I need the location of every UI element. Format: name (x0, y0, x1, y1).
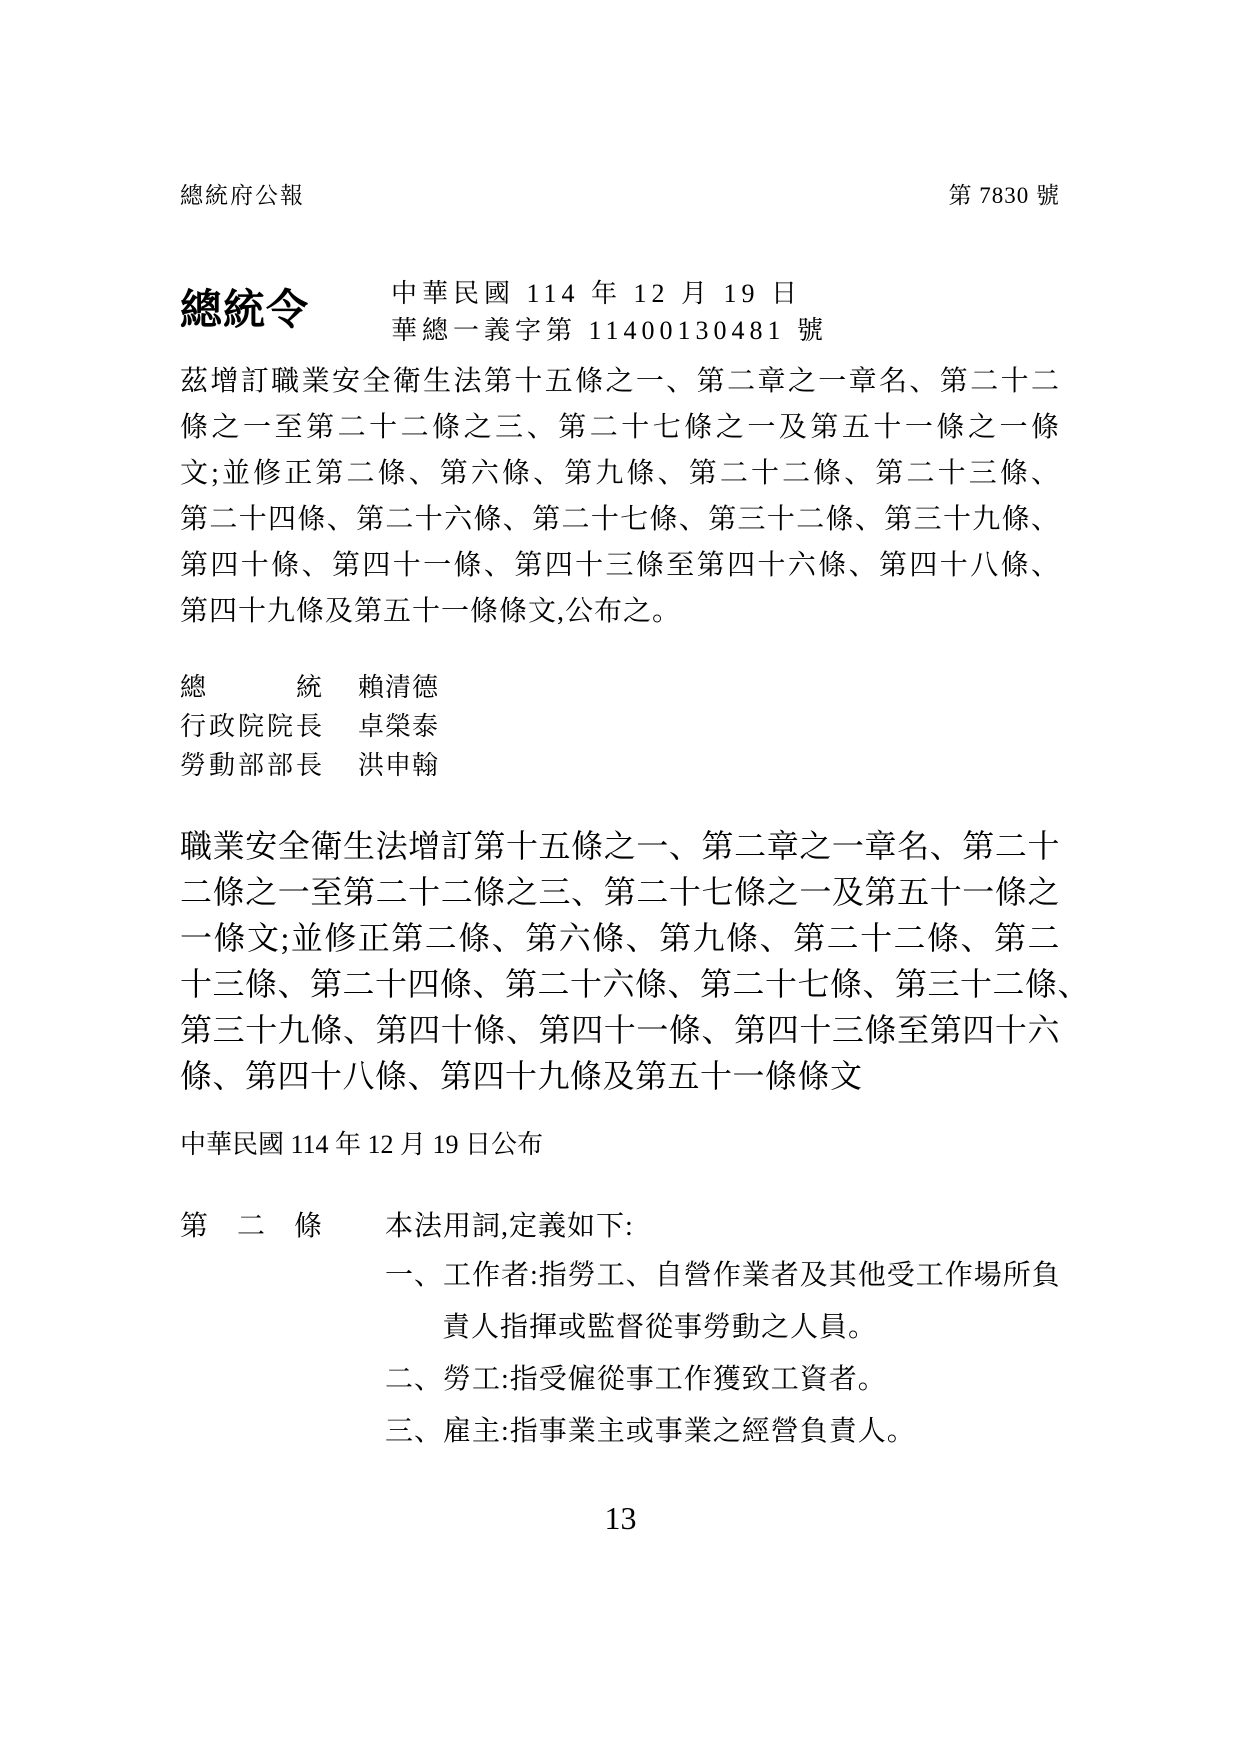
signatory-name: 賴清德 (358, 668, 439, 707)
publication-title: 總統府公報 (180, 183, 305, 209)
amendment-title-line: 條、第四十八條、第四十九條及第五十一條條文 (180, 1053, 1060, 1099)
article-label: 第二條 (180, 1207, 322, 1247)
signatory-name: 卓榮泰 (358, 707, 439, 746)
decree-head: 中華民國 114 年 12 月 19 日 華總一義字第 11400130481 … (391, 275, 828, 349)
amendment-title-line: 一條文;並修正第二條、第六條、第九條、第二十二條、第二 (180, 915, 1060, 961)
article-item-line: 三、雇主:指事業主或事業之經營負責人。 (385, 1406, 1060, 1458)
decree-body-line: 第四十九條及第五十一條條文,公布之。 (180, 589, 1060, 635)
page-number: 13 (0, 1498, 1241, 1538)
signatory-row: 總統 賴清德 (180, 668, 439, 707)
signatory-title: 行政院院長 (180, 707, 322, 746)
signatory-row: 勞動部部長 洪申翰 (180, 746, 439, 785)
article-heading: 第二條 本法用詞,定義如下: (180, 1207, 634, 1247)
article-items: 一、工作者:指勞工、自營作業者及其他受工作場所負 責人指揮或監督從事勞動之人員。… (385, 1250, 1060, 1458)
article-label-char: 條 (294, 1207, 322, 1247)
signatory-title: 總統 (180, 668, 322, 707)
signatory-title-char: 總 (180, 668, 206, 707)
signatory-title: 勞動部部長 (180, 746, 322, 785)
signatory-row: 行政院院長 卓榮泰 (180, 707, 439, 746)
decree-body-line: 第二十四條、第二十六條、第二十七條、第三十二條、第三十九條、 (180, 497, 1060, 543)
signatories: 總統 賴清德 行政院院長 卓榮泰 勞動部部長 洪申翰 (180, 668, 439, 785)
decree-body: 茲增訂職業安全衛生法第十五條之一、第二章之一章名、第二十二 條之一至第二十二條之… (180, 359, 1060, 635)
amendment-title: 職業安全衛生法增訂第十五條之一、第二章之一章名、第二十 二條之一至第二十二條之三… (180, 823, 1060, 1099)
amendment-title-line: 第三十九條、第四十條、第四十一條、第四十三條至第四十六 (180, 1007, 1060, 1053)
decree-body-line: 文;並修正第二條、第六條、第九條、第二十二條、第二十三條、 (180, 451, 1060, 497)
publish-date: 中華民國 114 年 12 月 19 日公布 (180, 1126, 543, 1163)
article-item-line: 一、工作者:指勞工、自營作業者及其他受工作場所負 (385, 1250, 1060, 1302)
article-statement: 本法用詞,定義如下: (385, 1207, 634, 1247)
decree-body-line: 條之一至第二十二條之三、第二十七條之一及第五十一條之一條 (180, 405, 1060, 451)
decree-body-line: 茲增訂職業安全衛生法第十五條之一、第二章之一章名、第二十二 (180, 359, 1060, 405)
gazette-page: 總統府公報 第 7830 號 總統令 中華民國 114 年 12 月 19 日 … (0, 0, 1241, 1754)
article-item-continuation: 責人指揮或監督從事勞動之人員。 (385, 1302, 1060, 1354)
amendment-title-line: 十三條、第二十四條、第二十六條、第二十七條、第三十二條、 (180, 961, 1060, 1007)
decree-body-line: 第四十條、第四十一條、第四十三條至第四十六條、第四十八條、 (180, 543, 1060, 589)
article-label-char: 二 (237, 1207, 265, 1247)
amendment-title-line: 職業安全衛生法增訂第十五條之一、第二章之一章名、第二十 (180, 823, 1060, 869)
article-label-char: 第 (180, 1207, 208, 1247)
decree-date: 中華民國 114 年 12 月 19 日 (391, 275, 828, 312)
signatory-title-char: 統 (296, 668, 322, 707)
decree-ref-number: 華總一義字第 11400130481 號 (391, 312, 828, 349)
issue-number: 第 7830 號 (949, 183, 1061, 209)
article-item-line: 二、勞工:指受僱從事工作獲致工資者。 (385, 1354, 1060, 1406)
decree-title: 總統令 (180, 288, 309, 334)
signatory-name: 洪申翰 (358, 746, 439, 785)
amendment-title-line: 二條之一至第二十二條之三、第二十七條之一及第五十一條之 (180, 869, 1060, 915)
